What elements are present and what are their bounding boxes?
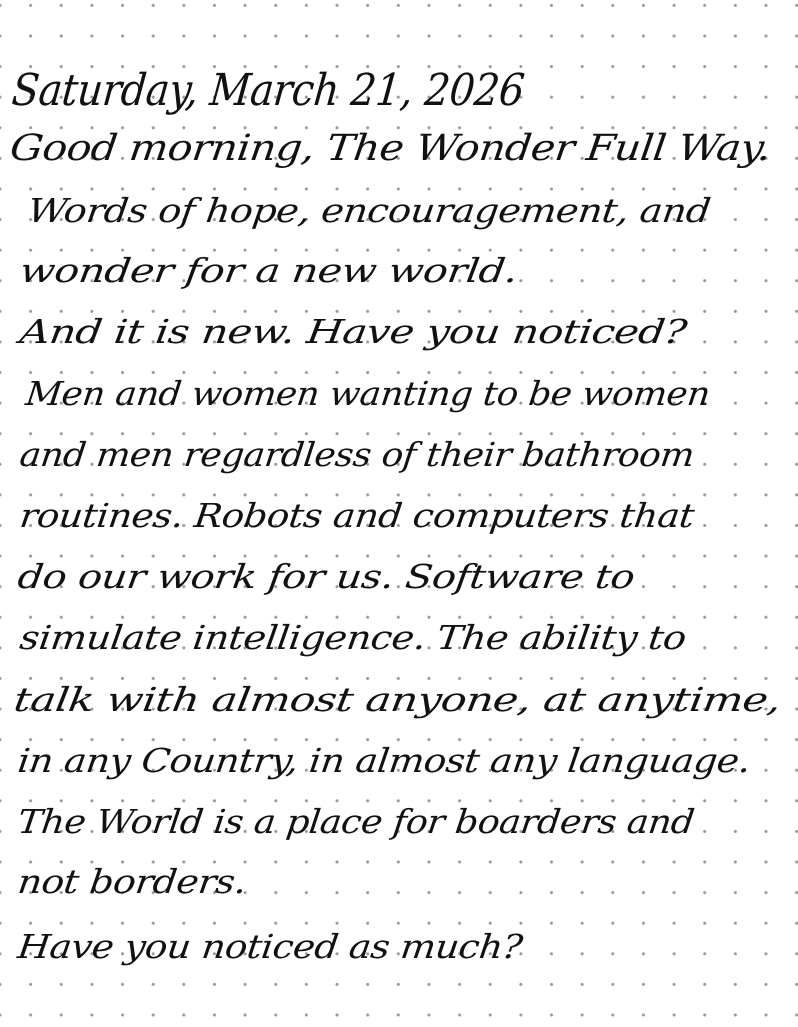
text-line: Words of hope, encouragement, and — [26, 194, 712, 227]
text-line: in any Country, in almost any language. — [16, 744, 752, 777]
text-line: The World is a place for boarders and — [16, 805, 696, 838]
text-line: not borders. — [16, 865, 248, 898]
text-line: routines. Robots and computers that — [18, 499, 696, 532]
text-line: do our work for us. Software to — [16, 560, 636, 593]
date-heading: Saturday, March 21, 2026 — [10, 69, 526, 113]
dot-grid-page: Saturday, March 21, 2026 Good morning, T… — [0, 0, 798, 1027]
text-line: wonder for a new world. — [18, 254, 519, 287]
text-line: and men regardless of their bathroom — [18, 438, 696, 471]
text-line: simulate intelligence. The ability to — [18, 621, 688, 654]
text-line: Men and women wanting to be women — [24, 377, 712, 410]
closing-question: Have you noticed as much? — [16, 930, 524, 963]
text-line: talk with almost anyone, at anytime, — [12, 683, 783, 716]
greeting-line: Good morning, The Wonder Full Way. — [8, 131, 772, 167]
text-line: And it is new. Have you noticed? — [18, 315, 688, 348]
